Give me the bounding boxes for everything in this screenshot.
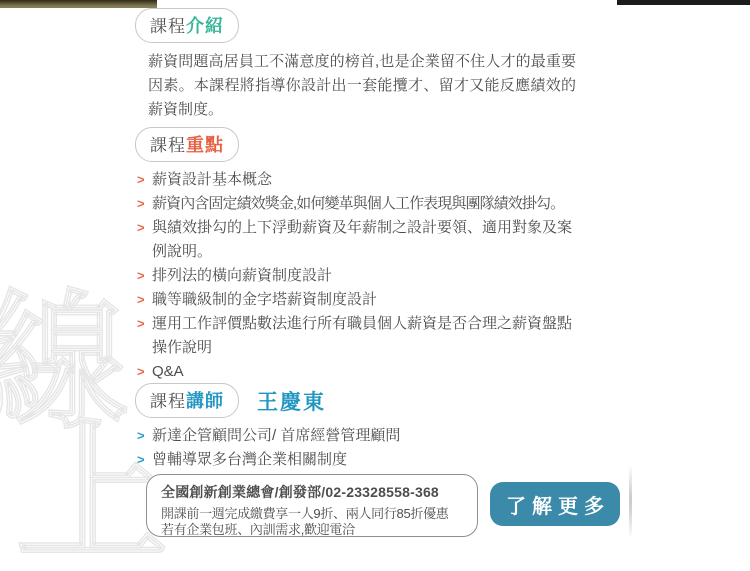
bullet-arrow-icon: > — [137, 312, 147, 336]
section-badge-highlights: 課程重點 — [135, 127, 239, 162]
badge-prefix: 課程 — [150, 12, 186, 37]
bullet-arrow-icon: > — [137, 216, 147, 240]
highlight-item: > 職等職級制的金字塔薪資制度設計 — [137, 288, 585, 312]
learn-more-button[interactable]: 了解更多 — [490, 482, 620, 526]
instructor-item: > 曾輔導眾多台灣企業相關制度 — [137, 448, 585, 472]
highlight-item: > 排列法的橫向薪資制度設計 — [137, 264, 585, 288]
highlight-item-text: 薪資內含固定績效獎金,如何變革與個人工作表現與團隊績效掛勾。 — [152, 192, 564, 216]
intro-paragraph: 薪資問題高居員工不滿意度的榜首,也是企業留不住人才的最重要因素。本課程將指導你設… — [148, 50, 576, 122]
bullet-arrow-icon: > — [137, 448, 147, 472]
section-course-highlights: 課程重點 > 薪資設計基本概念 > 薪資內含固定績效獎金,如何變革與個人工作表現… — [135, 127, 605, 384]
highlight-item: > 與績效掛勾的上下浮動薪資及年薪制之設計要領、適用對象及案例說明。 — [137, 216, 585, 264]
instructor-item-text: 曾輔導眾多台灣企業相關制度 — [152, 448, 347, 472]
instructor-item-text: 新達企管顧問公司/ 首席經營管理顧問 — [152, 424, 400, 448]
contact-note: 若有企業包班、內訓需求,歡迎電洽 — [161, 522, 467, 538]
photo-edge-right — [617, 0, 750, 5]
bullet-arrow-icon: > — [137, 360, 147, 384]
instructor-name: 王慶東 — [257, 386, 326, 416]
highlight-item-text: 運用工作評價點數法進行所有職員個人薪資是否合理之薪資盤點操作說明 — [152, 312, 585, 360]
highlight-item: > 薪資設計基本概念 — [137, 168, 585, 192]
badge-prefix: 課程 — [150, 387, 186, 412]
badge-accent: 重點 — [186, 131, 224, 157]
section-course-instructor: 課程講師 王慶東 > 新達企管顧問公司/ 首席經營管理顧問 > 曾輔導眾多台灣企… — [135, 383, 605, 472]
highlights-list: > 薪資設計基本概念 > 薪資內含固定績效獎金,如何變革與個人工作表現與團隊績效… — [137, 168, 585, 384]
contact-org-phone: 全國創新創業總會/創發部/02-23328558-368 — [161, 482, 467, 502]
instructor-list: > 新達企管顧問公司/ 首席經營管理顧問 > 曾輔導眾多台灣企業相關制度 — [137, 424, 585, 472]
highlight-item-text: 排列法的橫向薪資制度設計 — [152, 264, 332, 288]
section-badge-instructor: 課程講師 — [135, 383, 239, 418]
highlight-item-text: 薪資設計基本概念 — [152, 168, 272, 192]
highlight-item: > 運用工作評價點數法進行所有職員個人薪資是否合理之薪資盤點操作說明 — [137, 312, 585, 360]
highlight-item-text: Q&A — [152, 360, 184, 384]
highlight-item: > Q&A — [137, 360, 585, 384]
highlight-item-text: 職等職級制的金字塔薪資制度設計 — [152, 288, 377, 312]
bullet-arrow-icon: > — [137, 192, 147, 216]
highlight-item: > 薪資內含固定績效獎金,如何變革與個人工作表現與團隊績效掛勾。 — [137, 192, 585, 216]
bullet-arrow-icon: > — [137, 264, 147, 288]
photo-edge-left — [0, 0, 157, 8]
instructor-item: > 新達企管顧問公司/ 首席經營管理顧問 — [137, 424, 585, 448]
instructor-header: 課程講師 王慶東 — [135, 383, 605, 418]
bullet-arrow-icon: > — [137, 288, 147, 312]
section-course-intro: 課程介紹 薪資問題高居員工不滿意度的榜首,也是企業留不住人才的最重要因素。本課程… — [135, 8, 585, 122]
badge-prefix: 課程 — [150, 131, 186, 156]
badge-accent: 介紹 — [186, 12, 224, 38]
contact-promo: 開課前一週完成繳費享一人9折、兩人同行85折優惠 — [161, 506, 467, 522]
highlight-item-text: 與績效掛勾的上下浮動薪資及年薪制之設計要領、適用對象及案例說明。 — [152, 216, 585, 264]
section-badge-intro: 課程介紹 — [135, 8, 239, 43]
page-crease-shadow — [629, 465, 632, 539]
badge-accent: 講師 — [186, 387, 224, 413]
bullet-arrow-icon: > — [137, 168, 147, 192]
bullet-arrow-icon: > — [137, 424, 147, 448]
contact-box: 全國創新創業總會/創發部/02-23328558-368 開課前一週完成繳費享一… — [146, 474, 478, 537]
page: 線 上 課程介紹 薪資問題高居員工不滿意度的榜首,也是企業留不住人才的最重要因素… — [0, 0, 750, 571]
